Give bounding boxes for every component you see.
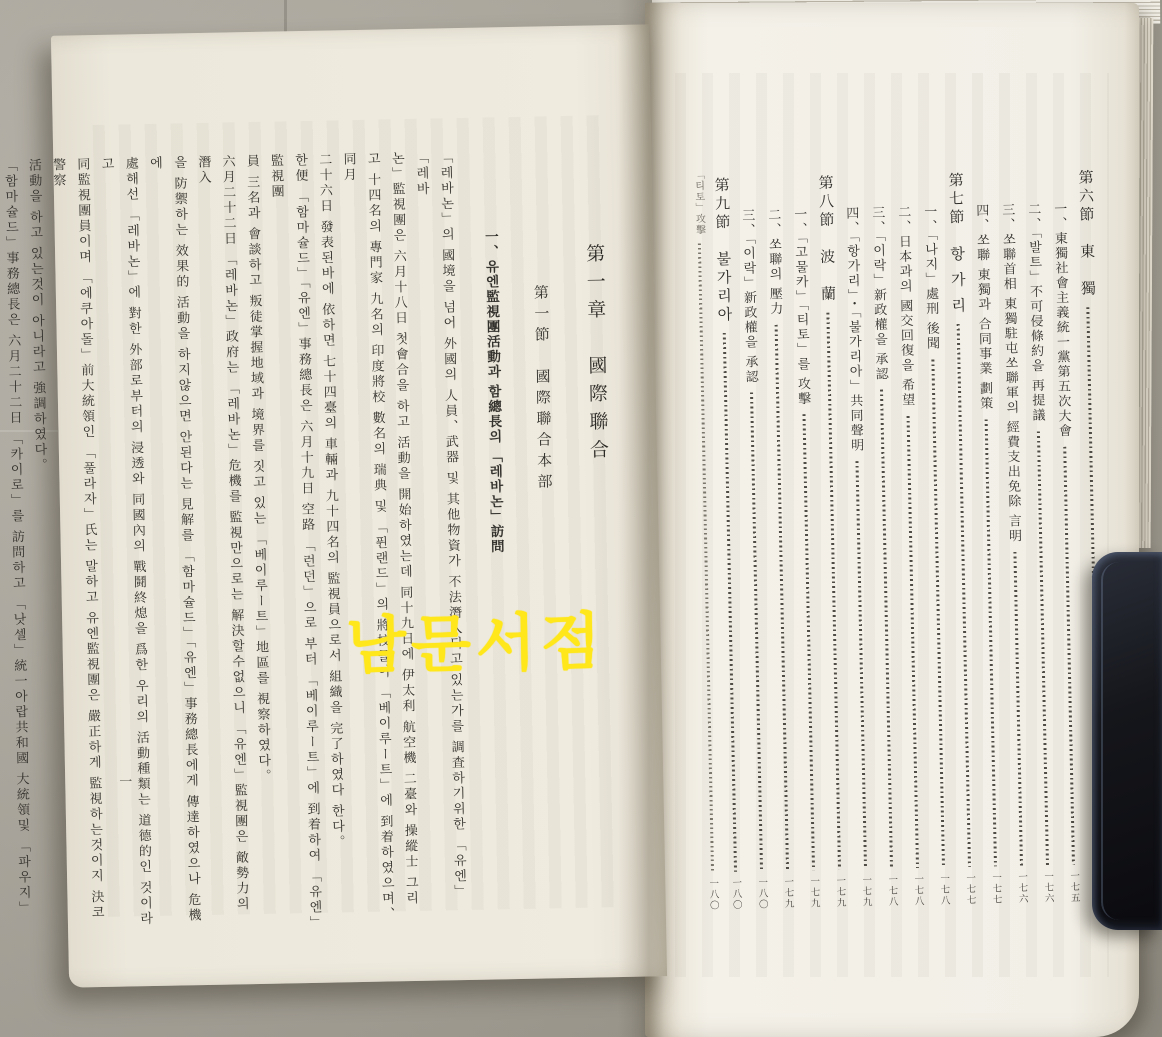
toc-entry-label: 二、日本과의 國交回復을 希望 (890, 205, 920, 408)
toc-page-number: 一八〇 (748, 877, 775, 911)
left-page: 第一章 國際聯合 第一節 國際聯合本部 一、유엔監視團活動과 함總長의 「레바논… (51, 24, 667, 987)
toc-page-number: 一七九 (800, 876, 827, 910)
dotted-leader (1036, 431, 1048, 865)
dotted-leader (802, 414, 815, 870)
chapter-title: 第一章 國際聯合 (578, 147, 620, 919)
toc-page-number: 一八〇 (722, 877, 749, 911)
toc-entry-label: 二、쏘聯의 壓力 (760, 208, 788, 317)
toc-page-number: 一七六 (1008, 871, 1035, 905)
toc-page-number: 一七六 (1034, 871, 1061, 905)
dotted-leader (984, 419, 996, 866)
toc-entry-label: 二、「발트」不可侵條約을 再提議 (1020, 202, 1051, 423)
dotted-leader (722, 333, 736, 872)
toc-page-number: 一七八 (878, 874, 905, 908)
dotted-leader (956, 324, 970, 867)
section-title: 第一節 國際聯合本部 (527, 148, 563, 920)
table-of-contents: 第六節 東 獨 一七四 一、東獨社會主義統一黨第五次大會 一七五 二、「발트」不… (687, 149, 1113, 911)
dotted-leader (931, 359, 945, 867)
toc-page-number: 一七九 (826, 875, 853, 909)
dotted-leader (906, 415, 918, 867)
dotted-leader (750, 392, 763, 871)
toc-entry-label: 第六節 東 獨 (1071, 169, 1100, 299)
toc-entry-label: 三、「이락」新政權을 承認 (734, 208, 764, 385)
toc-entry-label: 一、「나지」處刑 後聞 (916, 204, 945, 351)
dotted-leader (1013, 552, 1023, 866)
dotted-leader (1063, 447, 1075, 865)
toc-page-number: 一七八 (930, 873, 957, 907)
toc-entry-label: 四、「항가리」・「불가리아」共同聲明 (838, 206, 869, 453)
toc-page-number: 一七九 (774, 876, 801, 910)
ink-pad-object (1092, 552, 1162, 930)
toc-entry-label: 第九節 불가리아 (708, 177, 737, 326)
dotted-leader (774, 324, 788, 870)
toc-page-number: 一七八 (904, 874, 931, 908)
toc-page-number: 一七九 (852, 875, 879, 909)
page-number: 一 (115, 774, 134, 787)
toc-page-number: 一七七 (956, 873, 983, 907)
bookstore-watermark: 남문서점 (345, 592, 606, 686)
right-page: 第六節 東 獨 一七四 一、東獨社會主義統一黨第五次大會 一七五 二、「발트」不… (645, 3, 1139, 1037)
toc-entry-label: 三、「이락」新政權을 承認 (864, 205, 894, 382)
toc-page-number: 一八〇 (702, 878, 723, 911)
dotted-leader (855, 461, 867, 869)
toc-page-number: 一七五 (1060, 870, 1087, 904)
toc-page-number: 一七七 (982, 872, 1009, 906)
toc-entry-label: 四、쏘聯 東獨과 合同事業 劃策 (968, 203, 998, 411)
left-page-text: 第一章 國際聯合 第一節 國際聯合本部 一、유엔監視團活動과 함總長의 「레바논… (0, 147, 620, 932)
toc-entry-label: 第七節 항 가 리 (941, 172, 970, 317)
toc-entry-label: 「티토」攻擊 (687, 169, 708, 235)
toc-entry-label: 一、「고물카」「티토」를 攻擊 (786, 207, 816, 407)
toc-entry-label: 一、東獨社會主義統一黨第五次大會 (1046, 202, 1077, 439)
dotted-leader (826, 312, 841, 869)
toc-entry-label: 第八節 波 蘭 (811, 174, 840, 304)
book-photo-scene: 第六節 東 獨 一七四 一、東獨社會主義統一黨第五次大會 一七五 二、「발트」不… (0, 0, 1162, 1037)
subsection-title: 一、유엔監視團活動과 함總長의 「레바논」訪問 (477, 149, 515, 921)
dotted-leader (879, 390, 892, 869)
